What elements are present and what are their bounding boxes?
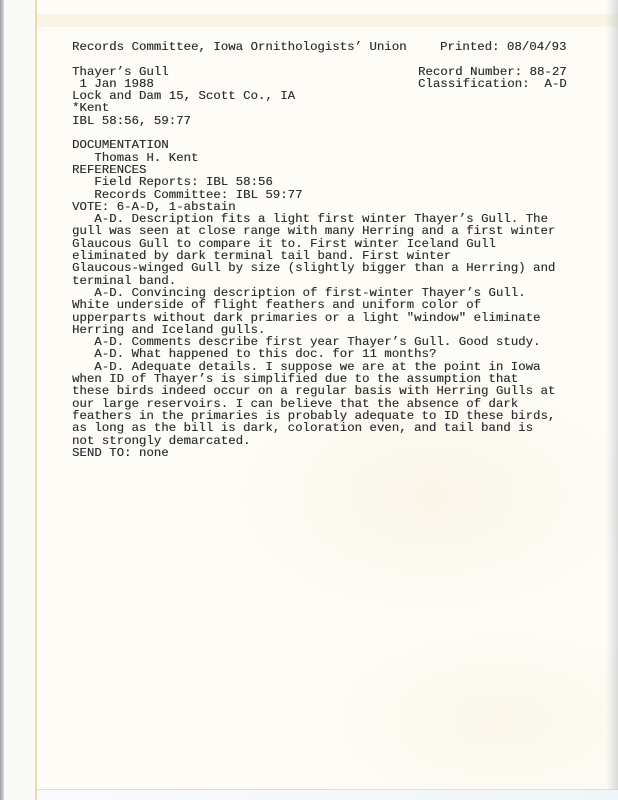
vote-comment-line: White underside of flight feathers and u… <box>72 299 592 311</box>
documentation-author: Thomas H. Kent <box>72 152 592 164</box>
vote-comment-line: not strongly demarcated. <box>72 435 592 447</box>
document-header-row: Records Committee, Iowa Ornithologists’ … <box>72 41 592 53</box>
vote-comment-line: upperparts without dark primaries or a l… <box>72 312 592 324</box>
location: Lock and Dam 15, Scott Co., IA <box>72 90 592 102</box>
scanned-document-page: Records Committee, Iowa Ornithologists’ … <box>0 0 618 800</box>
vote-comment-line: Glaucous-winged Gull by size (slightly b… <box>72 262 592 274</box>
vote-comment-line: these birds indeed occur on a regular ba… <box>72 385 592 397</box>
classification: Classification: A-D <box>418 78 567 90</box>
documentation-heading: DOCUMENTATION <box>72 139 592 151</box>
reference-item: Field Reports: IBL 58:56 <box>72 176 592 188</box>
reference-item: Records Committee: IBL 59:77 <box>72 189 592 201</box>
page-edge-line <box>35 0 37 800</box>
send-to: SEND TO: none <box>72 447 592 459</box>
ibl-reference: IBL 58:56, 59:77 <box>72 115 592 127</box>
scan-edge-shadow <box>0 0 4 800</box>
document-text: Records Committee, Iowa Ornithologists’ … <box>72 41 592 459</box>
observer: *Kent <box>72 102 592 114</box>
printed-date: Printed: 08/04/93 <box>440 41 566 53</box>
committee-title: Records Committee, Iowa Ornithologists’ … <box>72 40 407 54</box>
vote-comment-line: gull was seen at close range with many H… <box>72 225 592 237</box>
scan-bottom-margin <box>37 790 618 800</box>
vote-comment-line: A-D. What happened to this doc. for 11 m… <box>72 348 592 360</box>
paper-crease <box>37 14 618 27</box>
vote-comment-line: as long as the bill is dark, coloration … <box>72 422 592 434</box>
scan-right-shadow <box>606 0 618 800</box>
